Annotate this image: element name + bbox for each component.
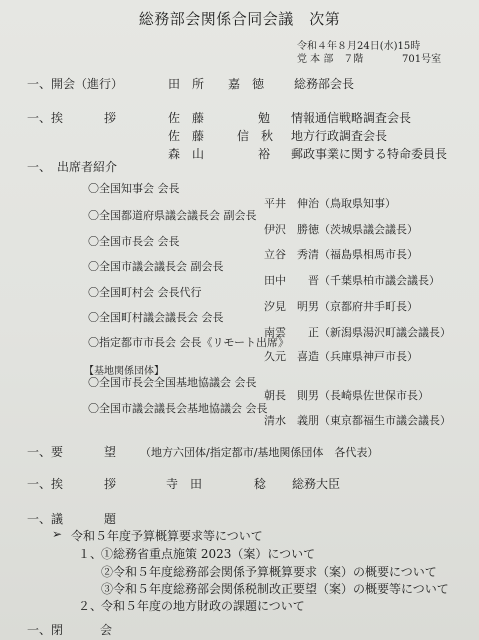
speaker-3-surname: 森 山 bbox=[168, 145, 204, 162]
opening-name: 田 所 嘉 徳 bbox=[168, 75, 264, 92]
minister-title: 総務大臣 bbox=[292, 475, 340, 492]
attendee-org-3: 〇全国市長会 会長 bbox=[88, 233, 180, 249]
attendee-person-7: 久元 喜造（兵庫県神戸市長） bbox=[264, 348, 418, 364]
agenda-item-1c: ③令和５年度総務部会関係税制改正要望（案）の概要等について bbox=[101, 580, 449, 597]
base-org-2: 〇全国市議会議長会基地協議会 会長 bbox=[88, 400, 268, 416]
attendee-person-6: 南雲 正（新潟県湯沢町議会議長） bbox=[264, 324, 451, 340]
attendee-person-4: 田中 晋（千葉県柏市議会議長） bbox=[264, 272, 440, 288]
speaker-3-title: 郵政事業に関する特命委員長 bbox=[291, 145, 447, 162]
speaker-2-surname: 佐 藤 bbox=[168, 127, 204, 144]
closing-label-2: 会 bbox=[100, 621, 112, 638]
greeting-label-2: 拶 bbox=[104, 109, 116, 126]
base-org-1: 〇全国市長会全国基地協議会 会長 bbox=[88, 374, 257, 390]
request-label: 一、要 bbox=[27, 443, 63, 460]
meeting-room: 701号室 bbox=[402, 53, 441, 67]
agenda-item-1-number: １、 bbox=[78, 545, 102, 562]
minister-surname: 寺 田 bbox=[166, 475, 202, 492]
attendee-person-5: 汐見 明男（京都府井手町長） bbox=[264, 298, 418, 314]
agenda-item-1a: ①総務省重点施策 2023（案）について bbox=[101, 545, 315, 562]
arrow-bullet-icon: ➢ bbox=[52, 527, 62, 541]
speaker-3-given: 裕 bbox=[258, 145, 270, 162]
attendee-person-3: 立谷 秀清（福島県相馬市長） bbox=[264, 246, 418, 262]
attendee-org-6: 〇全国町村議会議長会 会長 bbox=[88, 309, 224, 325]
attendee-org-1: 〇全国知事会 会長 bbox=[88, 180, 180, 196]
closing-label: 一、閉 bbox=[27, 621, 63, 638]
opening-title: 総務部会長 bbox=[294, 75, 354, 92]
speaker-1-title: 情報通信戦略調査会長 bbox=[291, 109, 411, 126]
attendee-org-4: 〇全国市議会議長会 副会長 bbox=[88, 258, 224, 274]
agenda-label-2: 題 bbox=[104, 510, 116, 527]
request-detail: （地方六団体/指定都市/基地関係団体 各代表） bbox=[140, 444, 378, 460]
attendee-person-1: 平井 伸治（鳥取県知事） bbox=[264, 195, 396, 211]
agenda-label: 一、議 bbox=[27, 510, 63, 527]
base-person-1: 朝長 則男（長崎県佐世保市長） bbox=[264, 387, 429, 403]
minister-greeting-label-2: 拶 bbox=[104, 475, 116, 492]
attendee-org-7: 〇指定都市市長会 会長《リモート出席》 bbox=[88, 334, 289, 350]
attendees-label: 一、 出席者紹介 bbox=[27, 158, 117, 175]
meeting-location: 党 本 部 ７階 bbox=[297, 53, 363, 67]
speaker-1-given: 勉 bbox=[258, 109, 270, 126]
minister-greeting-label: 一、挨 bbox=[27, 475, 63, 492]
attendee-org-2: 〇全国都道府県議会議長会 副会長 bbox=[88, 207, 257, 223]
speaker-1-surname: 佐 藤 bbox=[168, 109, 204, 126]
agenda-item-2-number: ２、 bbox=[78, 597, 102, 614]
base-person-2: 清水 義朋（東京都福生市議会議長） bbox=[264, 412, 451, 428]
speaker-2-title: 地方行政調査会長 bbox=[291, 127, 387, 144]
meeting-datetime: 令和４年８月24日(水)15時 bbox=[297, 40, 420, 54]
attendee-person-2: 伊沢 勝徳（茨城県議会議長） bbox=[264, 221, 418, 237]
request-label-2: 望 bbox=[104, 443, 116, 460]
speaker-2-given: 信 秋 bbox=[237, 127, 273, 144]
attendee-org-5: 〇全国町村会 会長代行 bbox=[88, 284, 202, 300]
opening-label: 一、開会（進行） bbox=[27, 75, 123, 92]
agenda-item-2: 令和５年度の地方財政の課題について bbox=[101, 597, 305, 614]
greeting-label: 一、挨 bbox=[27, 109, 63, 126]
agenda-topic: 令和５年度予算概算要求等について bbox=[71, 527, 263, 544]
document-title: 総務部会関係合同会議 次第 bbox=[0, 8, 479, 29]
agenda-item-1b: ②令和５年度総務部会関係予算概算要求（案）の概要について bbox=[101, 563, 437, 580]
minister-given: 稔 bbox=[254, 475, 266, 492]
